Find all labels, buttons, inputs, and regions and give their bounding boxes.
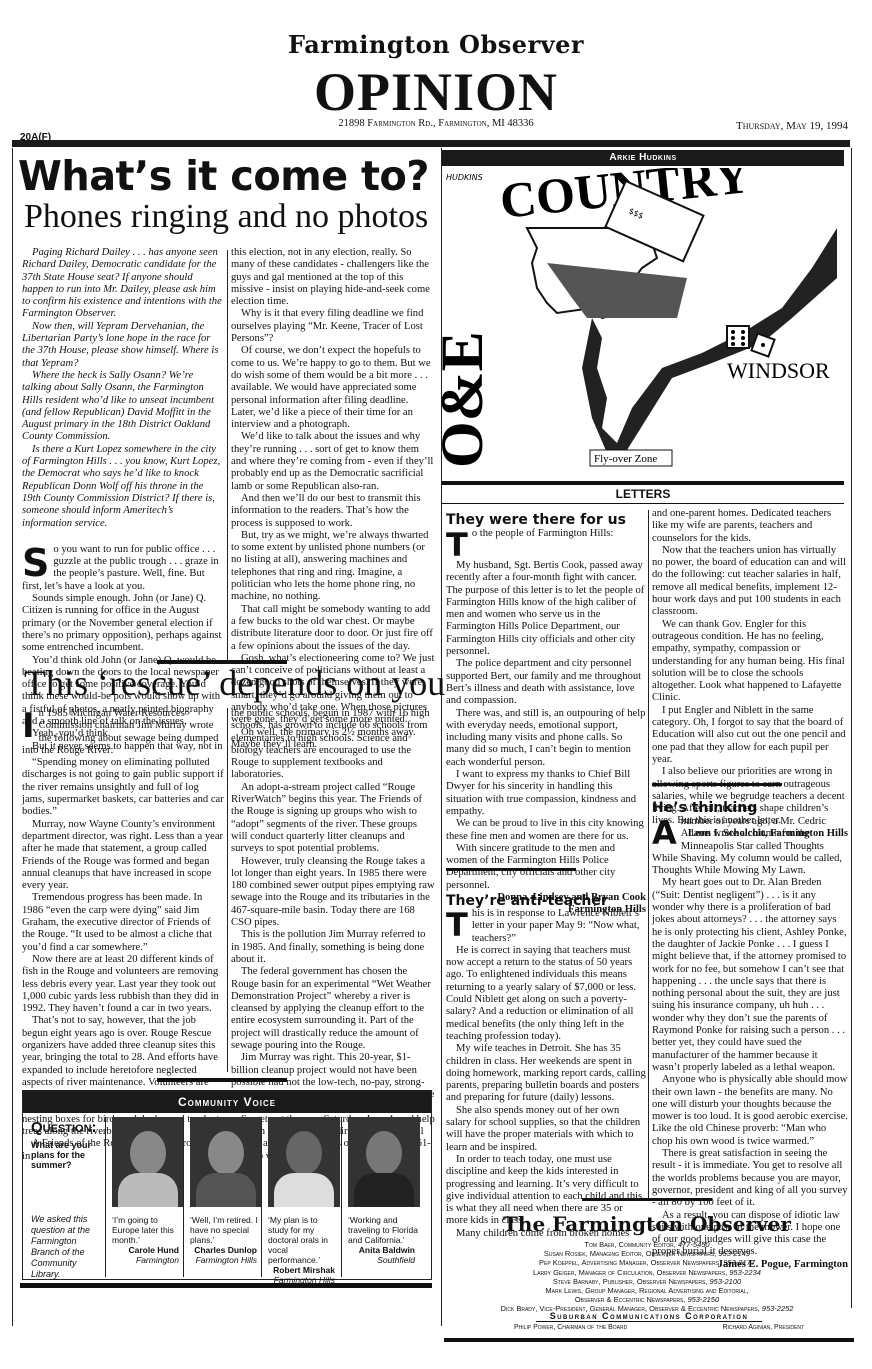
dropcap: A [652, 818, 677, 848]
letter-2-column-1: This is in response to Lawrence Niblett’… [446, 908, 646, 1240]
issue-date: Thursday, May 19, 1994 [736, 120, 848, 132]
respondent-city: Farmington Hills [190, 1255, 257, 1265]
paragraph: Anyone who is physically able should mow… [652, 1074, 848, 1148]
editorial-2-headline: This ‘rescue’ depends on you [24, 662, 445, 704]
staff-line: Tom Baer, Community Editor, 477-5450 [442, 1240, 852, 1249]
letters-section-header: LETTERS [442, 481, 844, 504]
cartoon-byline: Arkie Hudkins [442, 150, 844, 166]
cartoon-label-zone: Fly-over Zone [594, 453, 657, 465]
respondent-name: Charles Dunlop [190, 1245, 257, 1255]
cartoon-illustration: HUDKINS COUNTRY O&E $$$ WINDSOR Fly-over… [442, 168, 844, 478]
editorial-1-headline: What’s it come to? [18, 152, 429, 200]
respondent-city: Farmington [112, 1255, 179, 1265]
paragraph: My heart goes out to Dr. Alan Breden (“S… [652, 877, 848, 1074]
paragraph: the public schools, begun in 1987 with 1… [231, 708, 435, 782]
masthead-rule [12, 140, 850, 147]
paper-name: Farmington Observer [0, 30, 872, 59]
column-divider [648, 510, 649, 1200]
paragraph: Now there are at least 20 different kind… [22, 954, 224, 1015]
paragraph: o the people of Farmington Hills: [472, 528, 614, 539]
respondent-quote: ‘I’m going to Europe later this month.’ [112, 1215, 183, 1245]
paragraph: We can be proud to live in this city kno… [446, 818, 646, 843]
paragraph: But, try as we might, we’re always thwar… [231, 530, 435, 604]
cartoon-label-windsor: WINDSOR [727, 358, 830, 383]
right-bottom-rule [444, 1338, 854, 1342]
section-divider [157, 1078, 287, 1082]
respondent-card: ‘Well, I’m retired. I have no special pl… [183, 1117, 261, 1277]
paragraph: I put Engler and Niblett in the same cat… [652, 705, 848, 766]
dropcap: I [22, 710, 35, 742]
paragraph: My husband, Sgt. Bertis Cook, passed awa… [446, 560, 646, 658]
question-text: What are your plans for the summer? [31, 1140, 93, 1170]
respondent-name: Carole Hund [112, 1245, 179, 1255]
letter-divider [446, 868, 576, 871]
masthead: Farmington Observer OPINION 21898 Farmin… [0, 0, 872, 148]
paragraph: his is in response to Lawrence Niblett’s… [472, 908, 640, 944]
letter-2-headline: They’re anti-teacher [446, 893, 608, 909]
respondent-quote: ‘My plan is to study for my doctoral ora… [268, 1215, 339, 1265]
paragraph: Murray, now Wayne County’s environment d… [22, 819, 224, 893]
respondent-photo [268, 1117, 340, 1207]
officer-chairman: Philip Power, Chairman of the Board [514, 1324, 627, 1331]
paragraph: I want to express my thanks to Chief Bil… [446, 769, 646, 818]
paragraph: “Spending money on eliminating polluted … [22, 757, 224, 818]
paragraph: Tremendous progress has been made. In 19… [22, 892, 224, 953]
italic-intro: Paging Richard Dailey . . . has anyone s… [22, 247, 224, 530]
staff-line: Susan Rosiek, Managing Editor, Observer … [442, 1249, 852, 1258]
respondent-quote: ‘Working and traveling to Florida and Ca… [348, 1215, 419, 1245]
paragraph: number of years ago, a Mr. Cedric Adams … [652, 816, 842, 876]
paragraph: She also spends money out of her own sal… [446, 1105, 646, 1154]
editorial-1-subhead: Phones ringing and no photos [24, 198, 428, 236]
footer-paper-name: The Farmington Observer [442, 1212, 852, 1236]
community-voice-question: Question: What are your plans for the su… [31, 1119, 93, 1280]
dropcap: S [22, 546, 49, 580]
corporate-officers: Philip Power, Chairman of the Board Rich… [514, 1324, 804, 1331]
paragraph: However, truly cleansing the Rouge takes… [231, 856, 435, 930]
column-divider [227, 708, 228, 1072]
respondent-name: Robert Mirshak [268, 1265, 335, 1275]
paragraph: An adopt-a-stream project called “Rouge … [231, 782, 435, 856]
question-label: Question: [31, 1119, 93, 1136]
paragraph: Now that the teachers union has virtuall… [652, 545, 848, 619]
svg-text:O&E: O&E [442, 331, 495, 468]
dice-icon [727, 326, 749, 348]
community-voice-header: Community Voice [23, 1091, 431, 1113]
respondent-card: ‘Working and traveling to Florida and Ca… [341, 1117, 419, 1277]
staff-listing: Tom Baer, Community Editor, 477-5450 Sus… [442, 1240, 852, 1314]
letter-divider [652, 783, 782, 786]
officer-president: Richard Aginian, President [722, 1324, 804, 1331]
staff-line: Mark Lewis, Group Manager, Regional Adve… [442, 1286, 852, 1295]
paragraph: And then we’ll do our best to transmit t… [231, 493, 435, 530]
letter-2-column-2: and one-parent homes. Dedicated teachers… [652, 508, 848, 840]
paragraph: and one-parent homes. Dedicated teachers… [652, 508, 848, 545]
paragraph: o you want to run for public office . . … [22, 544, 219, 592]
letter-3-body: Anumber of years ago, a Mr. Cedric Adams… [652, 816, 848, 1271]
section-title: OPINION [0, 62, 872, 122]
respondent-photo [348, 1117, 420, 1207]
column-divider [227, 250, 228, 662]
letter-1-body: To the people of Farmington Hills: My hu… [446, 528, 646, 917]
respondent-photo [112, 1117, 184, 1207]
paragraph: The police department and city personnel… [446, 658, 646, 707]
paragraph: He is correct in saying that teachers mu… [446, 945, 646, 1043]
staff-line: Larry Geiger, Manager of Circulation, Ob… [442, 1268, 852, 1277]
paragraph: The federal government has chosen the Ro… [231, 966, 435, 1052]
corporation-name: Suburban Communications Corporation [536, 1311, 762, 1322]
paragraph: Why is it that every filing deadline we … [231, 308, 435, 345]
letter-1-headline: They were there for us [446, 512, 626, 528]
paragraph: Of course, we don’t expect the hopefuls … [231, 345, 435, 431]
paragraph: We’d like to talk about the issues and w… [231, 431, 435, 492]
paragraph: Sounds simple enough. John (or Jane) Q. … [22, 593, 224, 654]
footer-divider [582, 1198, 712, 1201]
respondent-card: ‘I’m going to Europe later this month.’ … [105, 1117, 183, 1277]
community-voice-box: Community Voice Question: What are your … [22, 1090, 432, 1280]
paragraph: There was, and still is, an outpouring o… [446, 708, 646, 769]
paragraph: this election, not in any election, real… [231, 247, 435, 308]
left-bottom-rule [20, 1283, 432, 1288]
intro-paragraph: Now then, will Yepram Dervehanian, the L… [22, 321, 224, 370]
staff-line: Pep Koeppel, Advertising Manager, Observ… [442, 1258, 852, 1267]
respondent-city: Southfield [348, 1255, 415, 1265]
cartoonist-signature: HUDKINS [446, 173, 483, 182]
question-note: We asked this question at the Farmington… [31, 1214, 93, 1280]
dropcap: T [446, 530, 468, 560]
respondent-quote: ‘Well, I’m retired. I have no special pl… [190, 1215, 261, 1245]
paragraph: We can thank Gov. Engler for this outrag… [652, 619, 848, 705]
paragraph: That call might be somebody wanting to a… [231, 604, 435, 653]
staff-line: Steve Barnaby, Publisher, Observer Newsp… [442, 1277, 852, 1286]
respondent-name: Anita Baldwin [348, 1245, 415, 1255]
dropcap: T [446, 910, 468, 940]
intro-paragraph: Paging Richard Dailey . . . has anyone s… [22, 247, 224, 321]
respondent-card: ‘My plan is to study for my doctoral ora… [261, 1117, 339, 1277]
paragraph: This is the pollution Jim Murray referre… [231, 929, 435, 966]
intro-paragraph: Where the heck is Sally Osann? We’re tal… [22, 370, 224, 444]
staff-line: Observer & Eccentric Newspapers, 953-215… [442, 1295, 852, 1304]
intro-paragraph: Is there a Kurt Lopez somewhere in the c… [22, 444, 224, 530]
respondent-photo [190, 1117, 262, 1207]
paragraph: n 1985 Michigan Water Resources Commissi… [22, 708, 218, 756]
editorial-cartoon: HUDKINS COUNTRY O&E $$$ WINDSOR Fly-over… [442, 168, 844, 478]
paragraph: My wife teaches in Detroit. She has 35 c… [446, 1043, 646, 1104]
